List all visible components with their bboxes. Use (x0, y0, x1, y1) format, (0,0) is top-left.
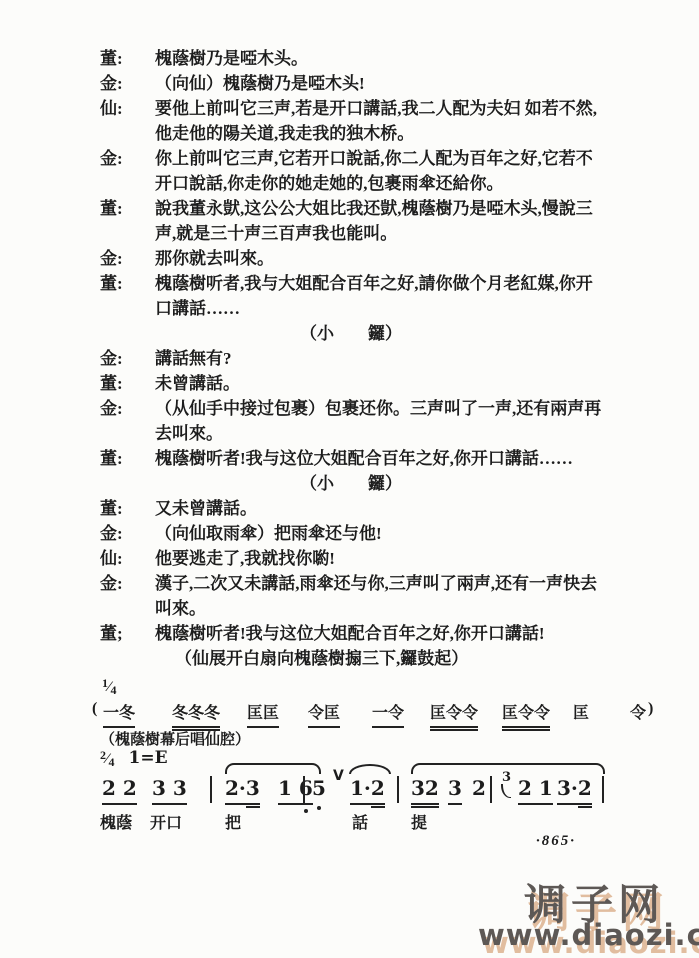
stage-direction: （小 鑼） (100, 321, 660, 346)
dialogue-row: 董:又未曾講話。 (100, 496, 660, 521)
lyric: 槐蔭 (100, 810, 132, 833)
dialogue-row: 金:講話無有? (100, 346, 660, 371)
dialogue-text: 那你就去叫來。 (155, 246, 660, 271)
percussion-item: 令匡 (308, 700, 340, 728)
page-number: ·865· (536, 833, 576, 850)
dialogue-text: （从仙手中接过包裹）包裹还你。三声叫了一声,还有兩声再 去叫來。 (155, 396, 660, 446)
dialogue-text: 槐蔭樹听者!我与这位大姐配合百年之好,你开口講話! (155, 621, 660, 646)
note: 2 1 (518, 776, 553, 805)
dialogue-text: 要他上前叫它三声,若是开口講話,我二人配为夫妇 如若不然, 他走他的陽关道,我走… (155, 96, 660, 146)
dialogue-text: 講話無有? (155, 346, 660, 371)
dialogue-row: 董:未曾講話。 (100, 371, 660, 396)
note: 2 2 (102, 776, 137, 805)
dialogue-text: 槐蔭樹乃是啞木头。 (155, 46, 660, 71)
percussion-time-signature: 14 (102, 676, 117, 698)
percussion-item: 匡匡 (247, 700, 279, 728)
dialogue-text: 槐蔭樹听者,我与大姐配合百年之好,請你做个月老紅媒,你开 口講話…… (155, 271, 660, 321)
barline-final (602, 776, 604, 803)
dialogue-row: 金:（向仙）槐蔭樹乃是啞木头! (100, 71, 660, 96)
percussion-item: 匡令令 (430, 700, 478, 728)
speaker-label: 金: (100, 71, 155, 96)
note-low-octave: 5 (312, 776, 326, 800)
dialogue-row: 金:漢子,二次又未講話,雨傘还与你,三声叫了兩声,还有一声快去 叫來。 (100, 571, 660, 621)
note-group: 1 6 (278, 776, 313, 805)
barline (397, 776, 399, 803)
dialogue-row: 董:槐蔭樹听者!我与这位大姐配合百年之好,你开口講話…… (100, 446, 660, 471)
stage-direction: （仙展开白扇向槐蔭樹搧三下,鑼鼓起） (100, 646, 660, 671)
key-and-meter: 24 1=E (100, 748, 168, 770)
note: 3· (557, 776, 578, 805)
note-low-octave: 6 (299, 776, 313, 805)
speaker-label: 董: (100, 446, 155, 471)
percussion-item: 冬冬冬 (172, 700, 220, 728)
speaker-label: 金: (100, 346, 155, 371)
note-group: 5 (312, 776, 326, 800)
speaker-label: 董: (100, 46, 155, 71)
note-group: 3·2 (557, 776, 592, 805)
open-paren: ( (92, 700, 97, 718)
close-paren: ) (648, 700, 653, 718)
dialogue-text: 槐蔭樹听者!我与这位大姐配合百年之好,你开口講話…… (155, 446, 660, 471)
lyric: 提 (411, 810, 427, 833)
note: 2 (578, 776, 592, 805)
dialogue-row: 金:那你就去叫來。 (100, 246, 660, 271)
note: 2 (472, 776, 486, 800)
note-group: 32 (411, 776, 439, 805)
dialogue-row: 仙:要他上前叫它三声,若是开口講話,我二人配为夫妇 如若不然, 他走他的陽关道,… (100, 96, 660, 146)
note: 2· (225, 776, 246, 805)
lyric: 把 (225, 810, 241, 833)
speaker-label: 仙: (100, 96, 155, 146)
dialogue-section: 董:槐蔭樹乃是啞木头。 金:（向仙）槐蔭樹乃是啞木头! 仙:要他上前叫它三声,若… (100, 46, 660, 671)
dialogue-text: 他要逃走了,我就找你喲! (155, 546, 660, 571)
dialogue-text: 說我董永獃,这公公大姐比我还獃,槐蔭樹乃是啞木头,慢說三 声,就是三十声三百声我… (155, 196, 660, 246)
dialogue-row: 仙:他要逃走了,我就找你喲! (100, 546, 660, 571)
scanned-script-page: 董:槐蔭樹乃是啞木头。 金:（向仙）槐蔭樹乃是啞木头! 仙:要他上前叫它三声,若… (0, 0, 699, 958)
barline (303, 776, 305, 803)
dialogue-text: （向仙取雨傘）把雨傘还与他! (155, 521, 660, 546)
dialogue-text: 未曾講話。 (155, 371, 660, 396)
speaker-label: 金: (100, 521, 155, 546)
time-signature: 24 (100, 751, 115, 766)
note: 32 (411, 776, 439, 805)
watermark-url: www.diaozi.com (478, 918, 699, 952)
grace-note: 3 (502, 770, 511, 785)
dialogue-row: 董:槐蔭樹听者,我与大姐配合百年之好,請你做个月老紅媒,你开 口講話…… (100, 271, 660, 321)
note: 3 3 (152, 776, 187, 805)
note-group: 2 2 (102, 776, 137, 805)
note: 1 (278, 776, 299, 805)
note-group: 2 1 (518, 776, 553, 805)
dialogue-row: 董:說我董永獃,这公公大姐比我还獃,槐蔭樹乃是啞木头,慢說三 声,就是三十声三百… (100, 196, 660, 246)
barline (210, 776, 212, 803)
lyric: 开口 (150, 810, 182, 833)
note: 3 (448, 776, 462, 805)
key-signature: 1=E (129, 748, 168, 768)
note: 3 (246, 776, 260, 805)
speaker-label: 董: (100, 196, 155, 246)
dialogue-text: 你上前叫它三声,它若开口說話,你二人配为百年之好,它若不 开口說話,你走你的她走… (155, 146, 660, 196)
percussion-item: 一冬 (103, 700, 135, 728)
note-group: 3 3 (152, 776, 187, 805)
speaker-label: 董: (100, 496, 155, 521)
grace-note-curve (501, 784, 511, 798)
note-group: 1·2 (350, 776, 385, 805)
slur (225, 763, 321, 774)
note-group: 2·3 (225, 776, 260, 805)
dialogue-row: 金:（从仙手中接过包裹）包裹还你。三声叫了一声,还有兩声再 去叫來。 (100, 396, 660, 446)
speaker-label: 董: (100, 271, 155, 321)
speaker-label: 金: (100, 246, 155, 271)
stage-direction: （小 鑼） (100, 471, 660, 496)
breath-mark: V (333, 768, 344, 784)
percussion-item: 匡 (573, 700, 589, 723)
speaker-label: 金: (100, 146, 155, 196)
dialogue-row: 董:槐蔭樹乃是啞木头。 (100, 46, 660, 71)
dialogue-text: （向仙）槐蔭樹乃是啞木头! (155, 71, 660, 96)
lyric: 話 (352, 810, 368, 833)
note-group: 2 (472, 776, 486, 800)
speaker-label: 董; (100, 621, 155, 646)
percussion-item: 令 (630, 700, 646, 723)
speaker-label: 金: (100, 396, 155, 446)
note: 2 (371, 776, 385, 805)
note-group: 3 (448, 776, 462, 805)
dialogue-text: 漢子,二次又未講話,雨傘还与你,三声叫了兩声,还有一声快去 叫來。 (155, 571, 660, 621)
speaker-label: 仙: (100, 546, 155, 571)
percussion-item: 匡令令 (502, 700, 550, 728)
speaker-label: 董: (100, 371, 155, 396)
dialogue-row: 金:你上前叫它三声,它若开口說話,你二人配为百年之好,它若不 开口說話,你走你的… (100, 146, 660, 196)
notation-section: 14 ( 一冬 冬冬冬 匡匡 令匡 一令 匡令令 匡令令 匡 令 ) （槐蔭樹幕… (100, 676, 699, 832)
vocal-cue: （槐蔭樹幕后唱仙腔） (100, 728, 250, 749)
barline (490, 776, 492, 803)
dialogue-row: 董;槐蔭樹听者!我与这位大姐配合百年之好,你开口講話! (100, 621, 660, 646)
dialogue-row: 金:（向仙取雨傘）把雨傘还与他! (100, 521, 660, 546)
note: 1· (350, 776, 371, 805)
dialogue-text: 又未曾講話。 (155, 496, 660, 521)
tie-arc (349, 764, 391, 774)
percussion-item: 一令 (372, 700, 404, 728)
speaker-label: 金: (100, 571, 155, 621)
